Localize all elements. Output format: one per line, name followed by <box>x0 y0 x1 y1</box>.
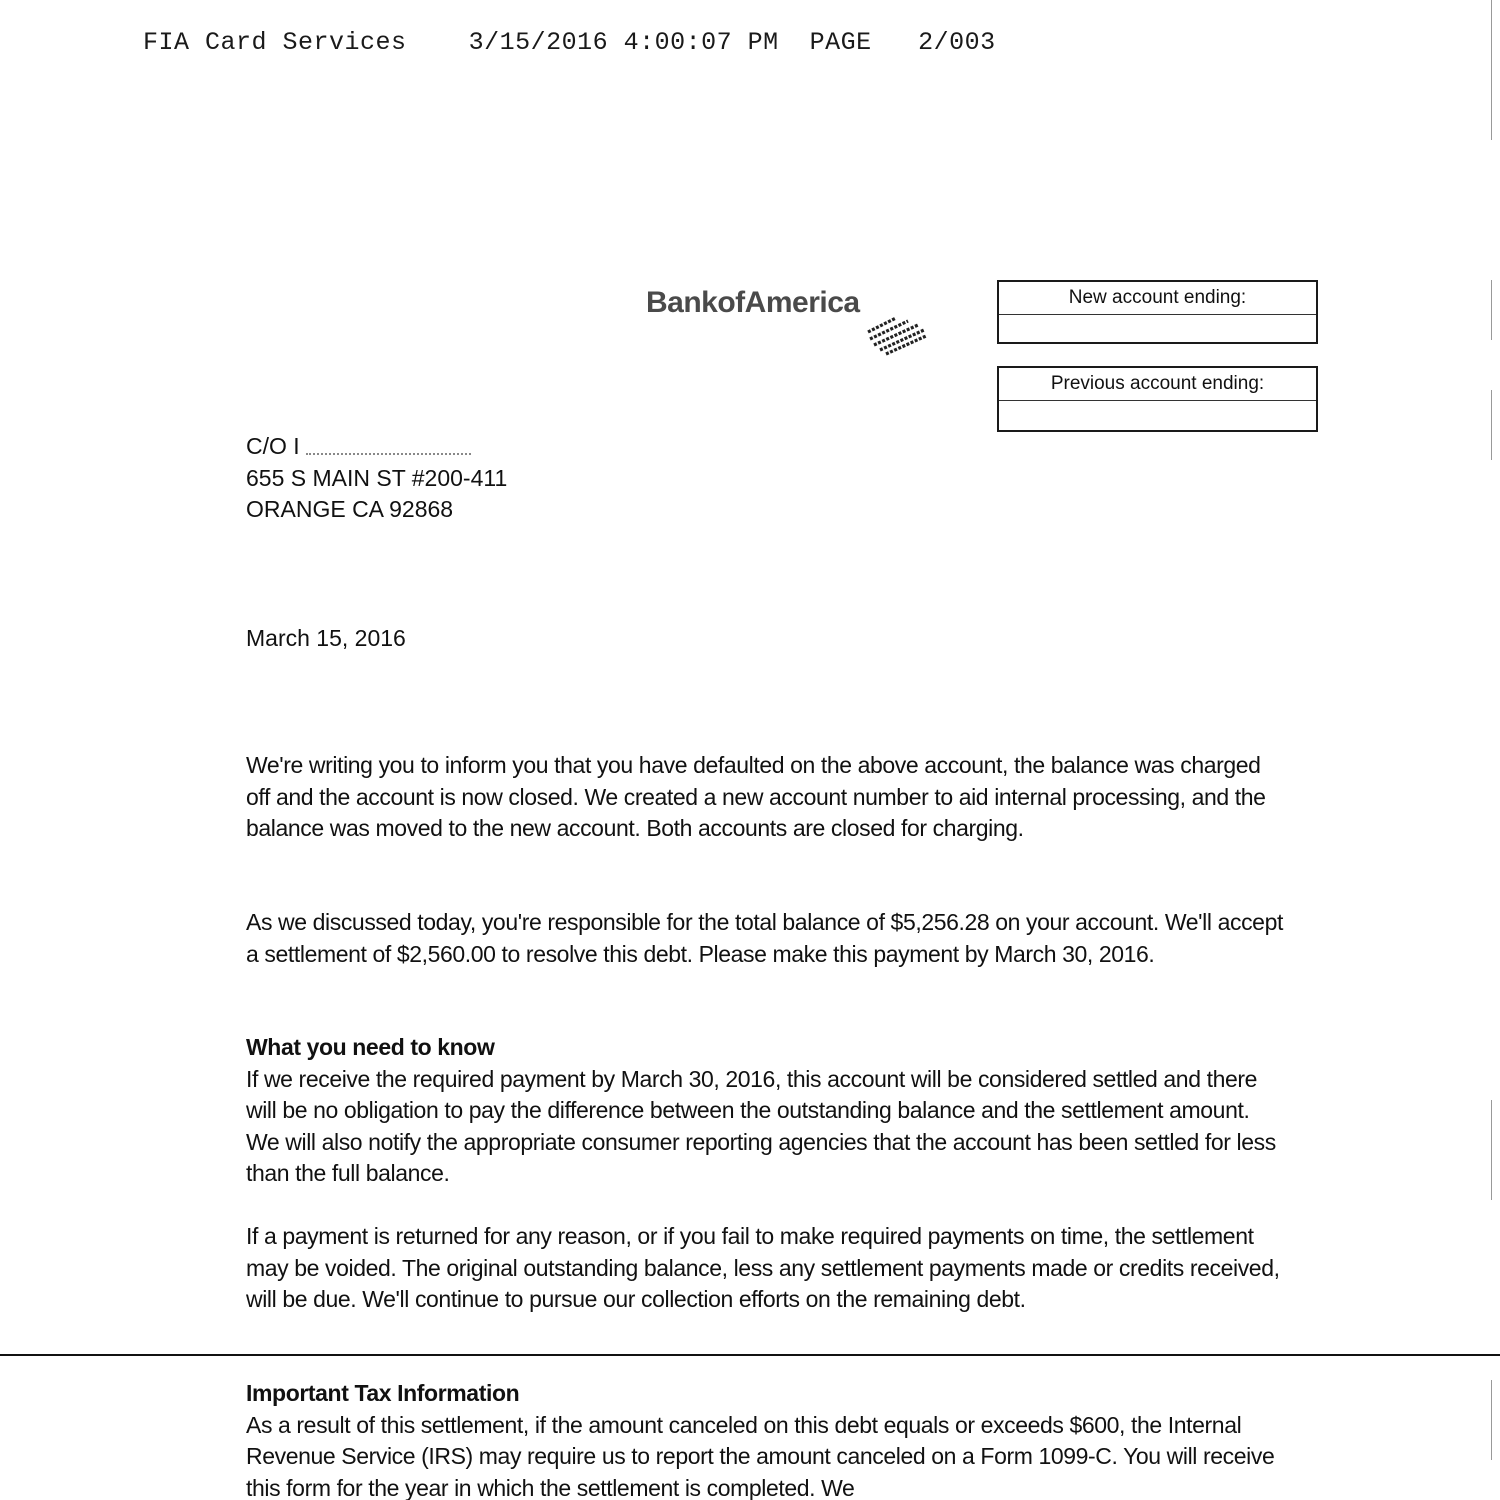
fax-sender: FIA Card Services <box>143 28 407 57</box>
previous-account-value <box>999 401 1316 429</box>
fax-page-label: PAGE <box>810 28 872 57</box>
address-line-1: C/O I <box>246 433 300 459</box>
paragraph-voided-settlement: If a payment is returned for any reason,… <box>246 1221 1286 1316</box>
paragraph-settlement-offer: As we discussed today, you're responsibl… <box>246 907 1286 970</box>
section-heading: What you need to know <box>246 1032 1286 1064</box>
section-tax-information: Important Tax Information As a result of… <box>246 1378 1286 1500</box>
address-line-3: ORANGE CA 92868 <box>246 494 507 526</box>
new-account-box: New account ending: <box>997 280 1318 344</box>
scan-edge-artifact <box>1491 390 1492 460</box>
scan-edge-artifact <box>1491 1100 1492 1200</box>
recipient-address: C/O I 655 S MAIN ST #200-411 ORANGE CA 9… <box>246 431 507 526</box>
redacted-name <box>306 441 471 455</box>
paragraph-text: We're writing you to inform you that you… <box>246 750 1286 845</box>
section-what-you-need-to-know: What you need to know If we receive the … <box>246 1032 1286 1190</box>
fax-timestamp: 3/15/2016 4:00:07 PM <box>469 28 779 57</box>
section-heading: Important Tax Information <box>246 1378 1286 1410</box>
bank-of-america-flag-icon <box>858 312 930 356</box>
previous-account-box: Previous account ending: <box>997 366 1318 432</box>
new-account-label: New account ending: <box>999 282 1316 315</box>
fax-page-number: 2/003 <box>918 28 996 57</box>
fax-header: FIA Card Services 3/15/2016 4:00:07 PM P… <box>143 28 996 57</box>
previous-account-label: Previous account ending: <box>999 368 1316 401</box>
letter-date: March 15, 2016 <box>246 625 406 652</box>
address-line-2: 655 S MAIN ST #200-411 <box>246 463 507 495</box>
paragraph-default-notice: We're writing you to inform you that you… <box>246 750 1286 845</box>
bank-logo-text: BankofAmerica <box>646 286 860 320</box>
paragraph-text: If a payment is returned for any reason,… <box>246 1221 1286 1316</box>
paragraph-text: If we receive the required payment by Ma… <box>246 1064 1286 1190</box>
scan-edge-artifact <box>1491 0 1492 140</box>
paragraph-text: As a result of this settlement, if the a… <box>246 1410 1286 1500</box>
paragraph-text: As we discussed today, you're responsibl… <box>246 907 1286 970</box>
horizontal-divider <box>0 1354 1500 1356</box>
scan-edge-artifact <box>1491 280 1492 340</box>
scan-edge-artifact <box>1491 1380 1492 1460</box>
new-account-value <box>999 315 1316 343</box>
